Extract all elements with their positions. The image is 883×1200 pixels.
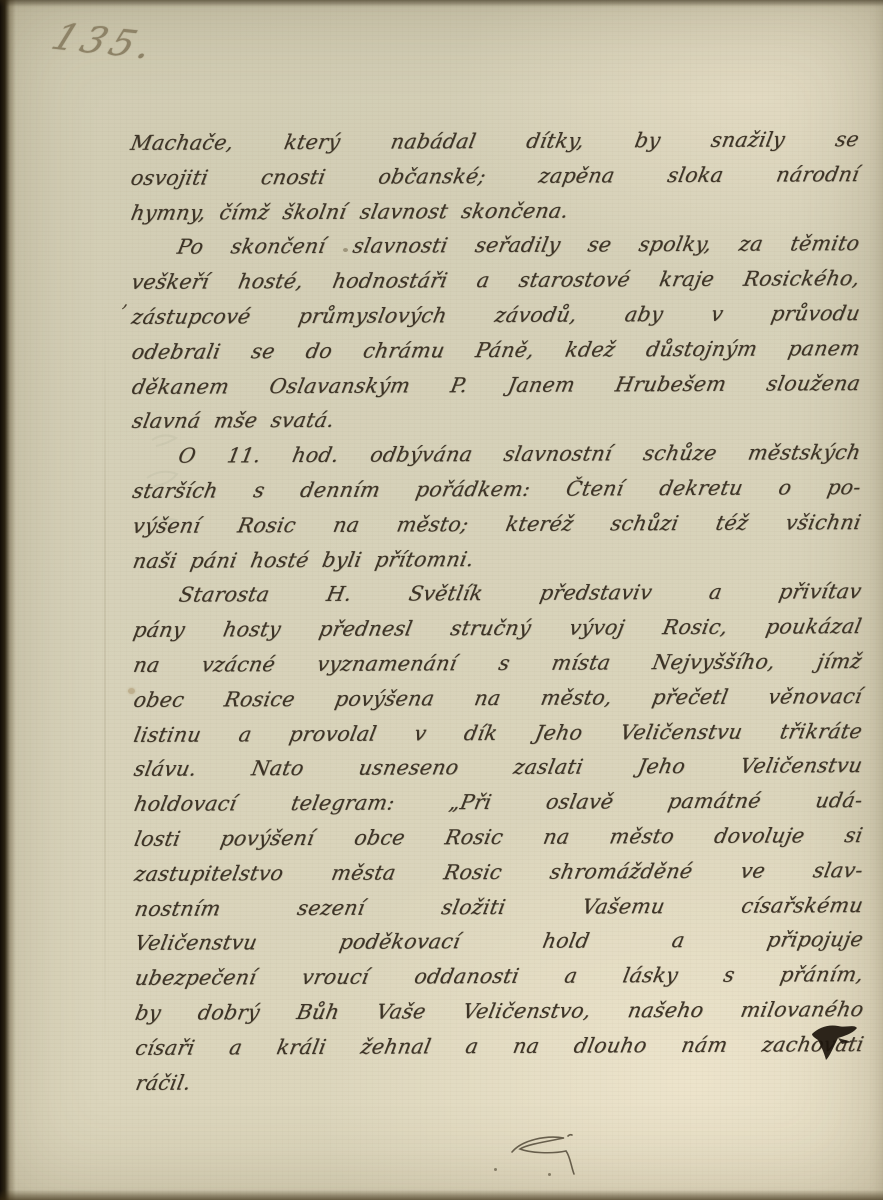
manuscript-line: ráčil.	[133, 1062, 868, 1101]
manuscript-line: O 11. hod. odbývána slavnostní schůze mě…	[129, 435, 864, 474]
page-bottom-edge	[0, 1190, 883, 1200]
manuscript-page: 135. Machače, který nabádal dítky, by sn…	[0, 0, 883, 1200]
manuscript-line: ubezpečení vroucí oddanosti a lásky s př…	[132, 957, 867, 996]
manuscript-line: osvojiti cnosti občanské; zapěna sloka n…	[128, 157, 863, 196]
manuscript-line: odebrali se do chrámu Páně, kdež důstojn…	[129, 331, 864, 370]
manuscript-line: listinu a provolal v dík Jeho Veličenstv…	[131, 714, 866, 753]
manuscript-line: obec Rosice povýšena na město, přečetl v…	[131, 679, 866, 718]
manuscript-line: losti povýšení obce Rosic na město dovol…	[131, 818, 866, 857]
manuscript-line: na vzácné vyznamenání s místa Nejvyššího…	[130, 644, 865, 683]
ink-speck	[494, 1168, 497, 1171]
page-number: 135.	[46, 15, 165, 67]
manuscript-line: slavná mše svatá.	[129, 400, 864, 439]
binding-edge	[0, 0, 16, 1200]
manuscript-line: by dobrý Bůh Vaše Veličenstvo, našeho mi…	[132, 992, 867, 1031]
manuscript-line: výšení Rosic na město; kteréž schůzi též…	[130, 505, 865, 544]
manuscript-line: nostním sezení složiti Vašemu císařskému	[132, 888, 867, 927]
manuscript-line: Starosta H. Světlík představiv a přivíta…	[130, 574, 865, 613]
manuscript-line: císaři a králi žehnal a na dlouho nám za…	[132, 1027, 867, 1066]
manuscript-line: holdovací telegram: „Při oslavě památné …	[131, 783, 866, 822]
manuscript-line: veškeří hosté, hodnostáři a starostové k…	[128, 261, 863, 300]
ink-speck	[548, 1173, 551, 1176]
manuscript-line: starších s denním pořádkem: Čtení dekret…	[129, 470, 864, 509]
manuscript-line: Po skončení slavnosti seřadily se spolky…	[128, 226, 863, 265]
pen-flourish-icon	[502, 1130, 622, 1182]
manuscript-line: zastupitelstvo města Rosic shromážděné v…	[131, 853, 866, 892]
paper-fold-line	[104, 300, 106, 1060]
handwritten-text-block: Machače, který nabádal dítky, by snažily…	[127, 122, 860, 1100]
manuscript-line: zástupcové průmyslových závodů, aby v pr…	[129, 296, 864, 335]
manuscript-line: pány hosty přednesl stručný vývoj Rosic,…	[130, 609, 865, 648]
manuscript-line: děkanem Oslavanským P. Janem Hrubešem sl…	[129, 366, 864, 405]
manuscript-line: Machače, který nabádal dítky, by snažily…	[128, 122, 863, 161]
manuscript-line: hymny, čímž školní slavnost skončena.	[128, 192, 863, 231]
manuscript-line: Veličenstvu poděkovací hold a připojuje	[132, 922, 867, 961]
manuscript-line: naši páni hosté byli přítomni.	[130, 540, 865, 579]
manuscript-line: slávu. Nato usneseno zaslati Jeho Veliče…	[131, 748, 866, 787]
ink-blot	[808, 1022, 860, 1066]
page-top-edge	[0, 0, 883, 7]
